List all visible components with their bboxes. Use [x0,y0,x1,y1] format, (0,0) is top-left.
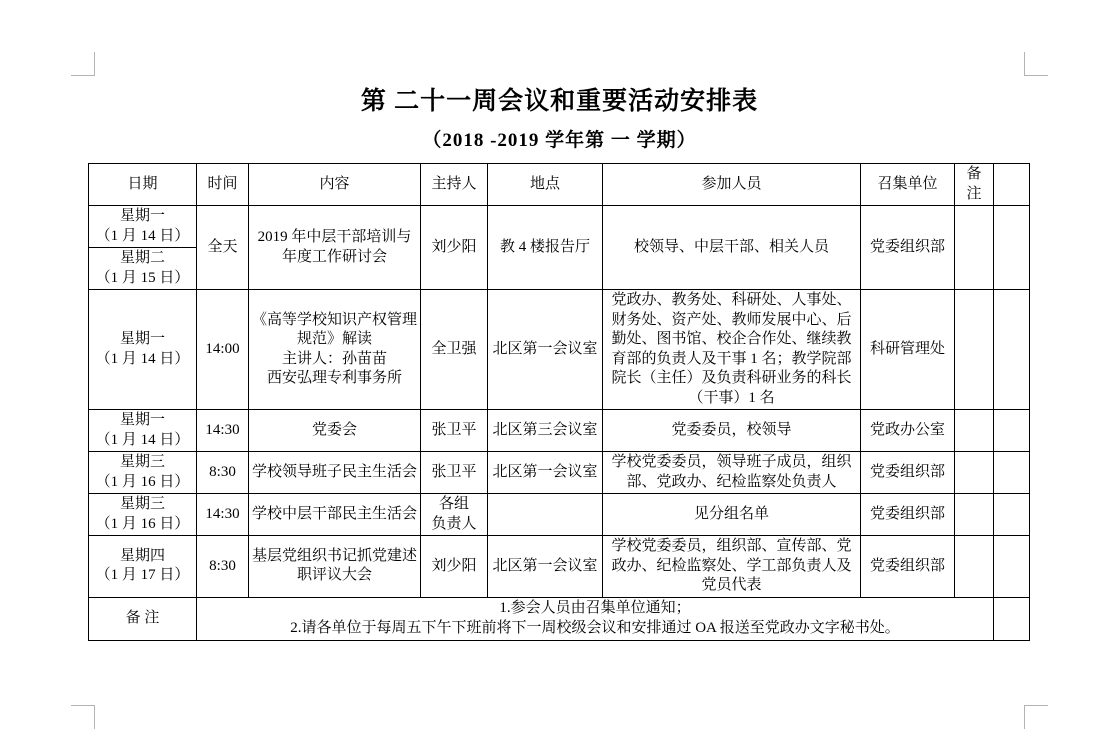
header-participants: 参加人员 [603,164,861,206]
cell-content: 《高等学校知识产权管理规范》解读 主讲人：孙苗苗 西安弘理专利事务所 [249,290,421,410]
cell-location: 北区第一会议室 [488,452,603,494]
crop-mark-top-left-horizontal [71,75,95,76]
cell-participants: 党委委员，校领导 [603,410,861,452]
cell-extra [994,290,1030,410]
cell-convener: 党委组织部 [861,536,955,598]
cell-convener: 科研管理处 [861,290,955,410]
cell-convener: 党委组织部 [861,452,955,494]
crop-mark-bottom-right-vertical [1024,705,1025,729]
cell-time: 8:30 [197,452,249,494]
cell-date: 星期一 （1 月 14 日） [89,410,197,452]
remarks-label: 备 注 [89,597,197,640]
cell-participants: 学校党委委员，组织部、宣传部、党政办、纪检监察处、学工部负责人及党员代表 [603,536,861,598]
cell-extra [994,536,1030,598]
cell-time: 14:30 [197,410,249,452]
cell-date: 星期二 （1 月 15 日） [89,248,197,290]
table-remarks-row: 备 注 1.参会人员由召集单位通知； 2.请各单位于每周五下午下班前将下一周校级… [89,597,1030,640]
cell-convener: 党委组织部 [861,206,955,290]
cell-note [955,536,994,598]
cell-content: 学校领导班子民主生活会 [249,452,421,494]
cell-extra [994,494,1030,536]
table-row: 星期一 （1 月 14 日） 14:00 《高等学校知识产权管理规范》解读 主讲… [89,290,1030,410]
crop-mark-top-right-vertical [1024,52,1025,76]
header-location: 地点 [488,164,603,206]
cell-content: 学校中层干部民主生活会 [249,494,421,536]
cell-note [955,410,994,452]
page-subtitle: （2018 -2019 学年第 一 学期） [0,125,1119,152]
cell-convener: 党委组织部 [861,494,955,536]
cell-host: 张卫平 [421,410,488,452]
table-header-row: 日期 时间 内容 主持人 地点 参加人员 召集单位 备 注 [89,164,1030,206]
cell-participants: 见分组名单 [603,494,861,536]
cell-date: 星期三 （1 月 16 日） [89,452,197,494]
cell-location [488,494,603,536]
cell-host: 刘少阳 [421,206,488,290]
cell-note [955,290,994,410]
header-extra [994,164,1030,206]
header-content: 内容 [249,164,421,206]
header-host: 主持人 [421,164,488,206]
crop-mark-bottom-left-vertical [94,705,95,729]
cell-date: 星期三 （1 月 16 日） [89,494,197,536]
cell-host: 全卫强 [421,290,488,410]
cell-note [955,494,994,536]
crop-mark-top-left-vertical [94,52,95,76]
table-row: 星期四 （1 月 17 日） 8:30 基层党组织书记抓党建述职评议大会 刘少阳… [89,536,1030,598]
cell-extra [994,410,1030,452]
table-row: 星期三 （1 月 16 日） 14:30 学校中层干部民主生活会 各组 负责人 … [89,494,1030,536]
cell-content: 党委会 [249,410,421,452]
cell-extra [994,452,1030,494]
cell-location: 北区第一会议室 [488,536,603,598]
crop-mark-bottom-right-horizontal [1024,705,1048,706]
cell-host: 各组 负责人 [421,494,488,536]
crop-mark-bottom-left-horizontal [71,705,95,706]
cell-location: 教 4 楼报告厅 [488,206,603,290]
crop-mark-top-right-horizontal [1024,75,1048,76]
cell-convener: 党政办公室 [861,410,955,452]
cell-note [955,206,994,290]
document-page: 第 二十一周会议和重要活动安排表 （2018 -2019 学年第 一 学期） 日… [0,0,1119,754]
header-note: 备 注 [955,164,994,206]
header-convener: 召集单位 [861,164,955,206]
remarks-extra [994,597,1030,640]
cell-participants: 校领导、中层干部、相关人员 [603,206,861,290]
cell-participants: 学校党委委员，领导班子成员，组织部、党政办、纪检监察处负责人 [603,452,861,494]
cell-note [955,452,994,494]
cell-time: 8:30 [197,536,249,598]
cell-location: 北区第三会议室 [488,410,603,452]
cell-content: 基层党组织书记抓党建述职评议大会 [249,536,421,598]
cell-date: 星期四 （1 月 17 日） [89,536,197,598]
cell-location: 北区第一会议室 [488,290,603,410]
header-time: 时间 [197,164,249,206]
cell-host: 张卫平 [421,452,488,494]
cell-time: 14:00 [197,290,249,410]
cell-time: 14:30 [197,494,249,536]
cell-participants: 党政办、教务处、科研处、人事处、财务处、资产处、教师发展中心、后勤处、图书馆、校… [603,290,861,410]
remarks-text: 1.参会人员由召集单位通知； 2.请各单位于每周五下午下班前将下一周校级会议和安… [197,597,994,640]
cell-host: 刘少阳 [421,536,488,598]
table-row: 星期一 （1 月 14 日） 14:30 党委会 张卫平 北区第三会议室 党委委… [89,410,1030,452]
page-title: 第 二十一周会议和重要活动安排表 [0,81,1119,117]
table-row: 星期三 （1 月 16 日） 8:30 学校领导班子民主生活会 张卫平 北区第一… [89,452,1030,494]
cell-time: 全天 [197,206,249,290]
cell-date: 星期一 （1 月 14 日） [89,206,197,248]
header-date: 日期 [89,164,197,206]
cell-content: 2019 年中层干部培训与年度工作研讨会 [249,206,421,290]
cell-extra [994,206,1030,290]
cell-date: 星期一 （1 月 14 日） [89,290,197,410]
schedule-table: 日期 时间 内容 主持人 地点 参加人员 召集单位 备 注 星期一 （1 月 1… [88,163,1030,641]
table-row: 星期一 （1 月 14 日） 全天 2019 年中层干部培训与年度工作研讨会 刘… [89,206,1030,248]
